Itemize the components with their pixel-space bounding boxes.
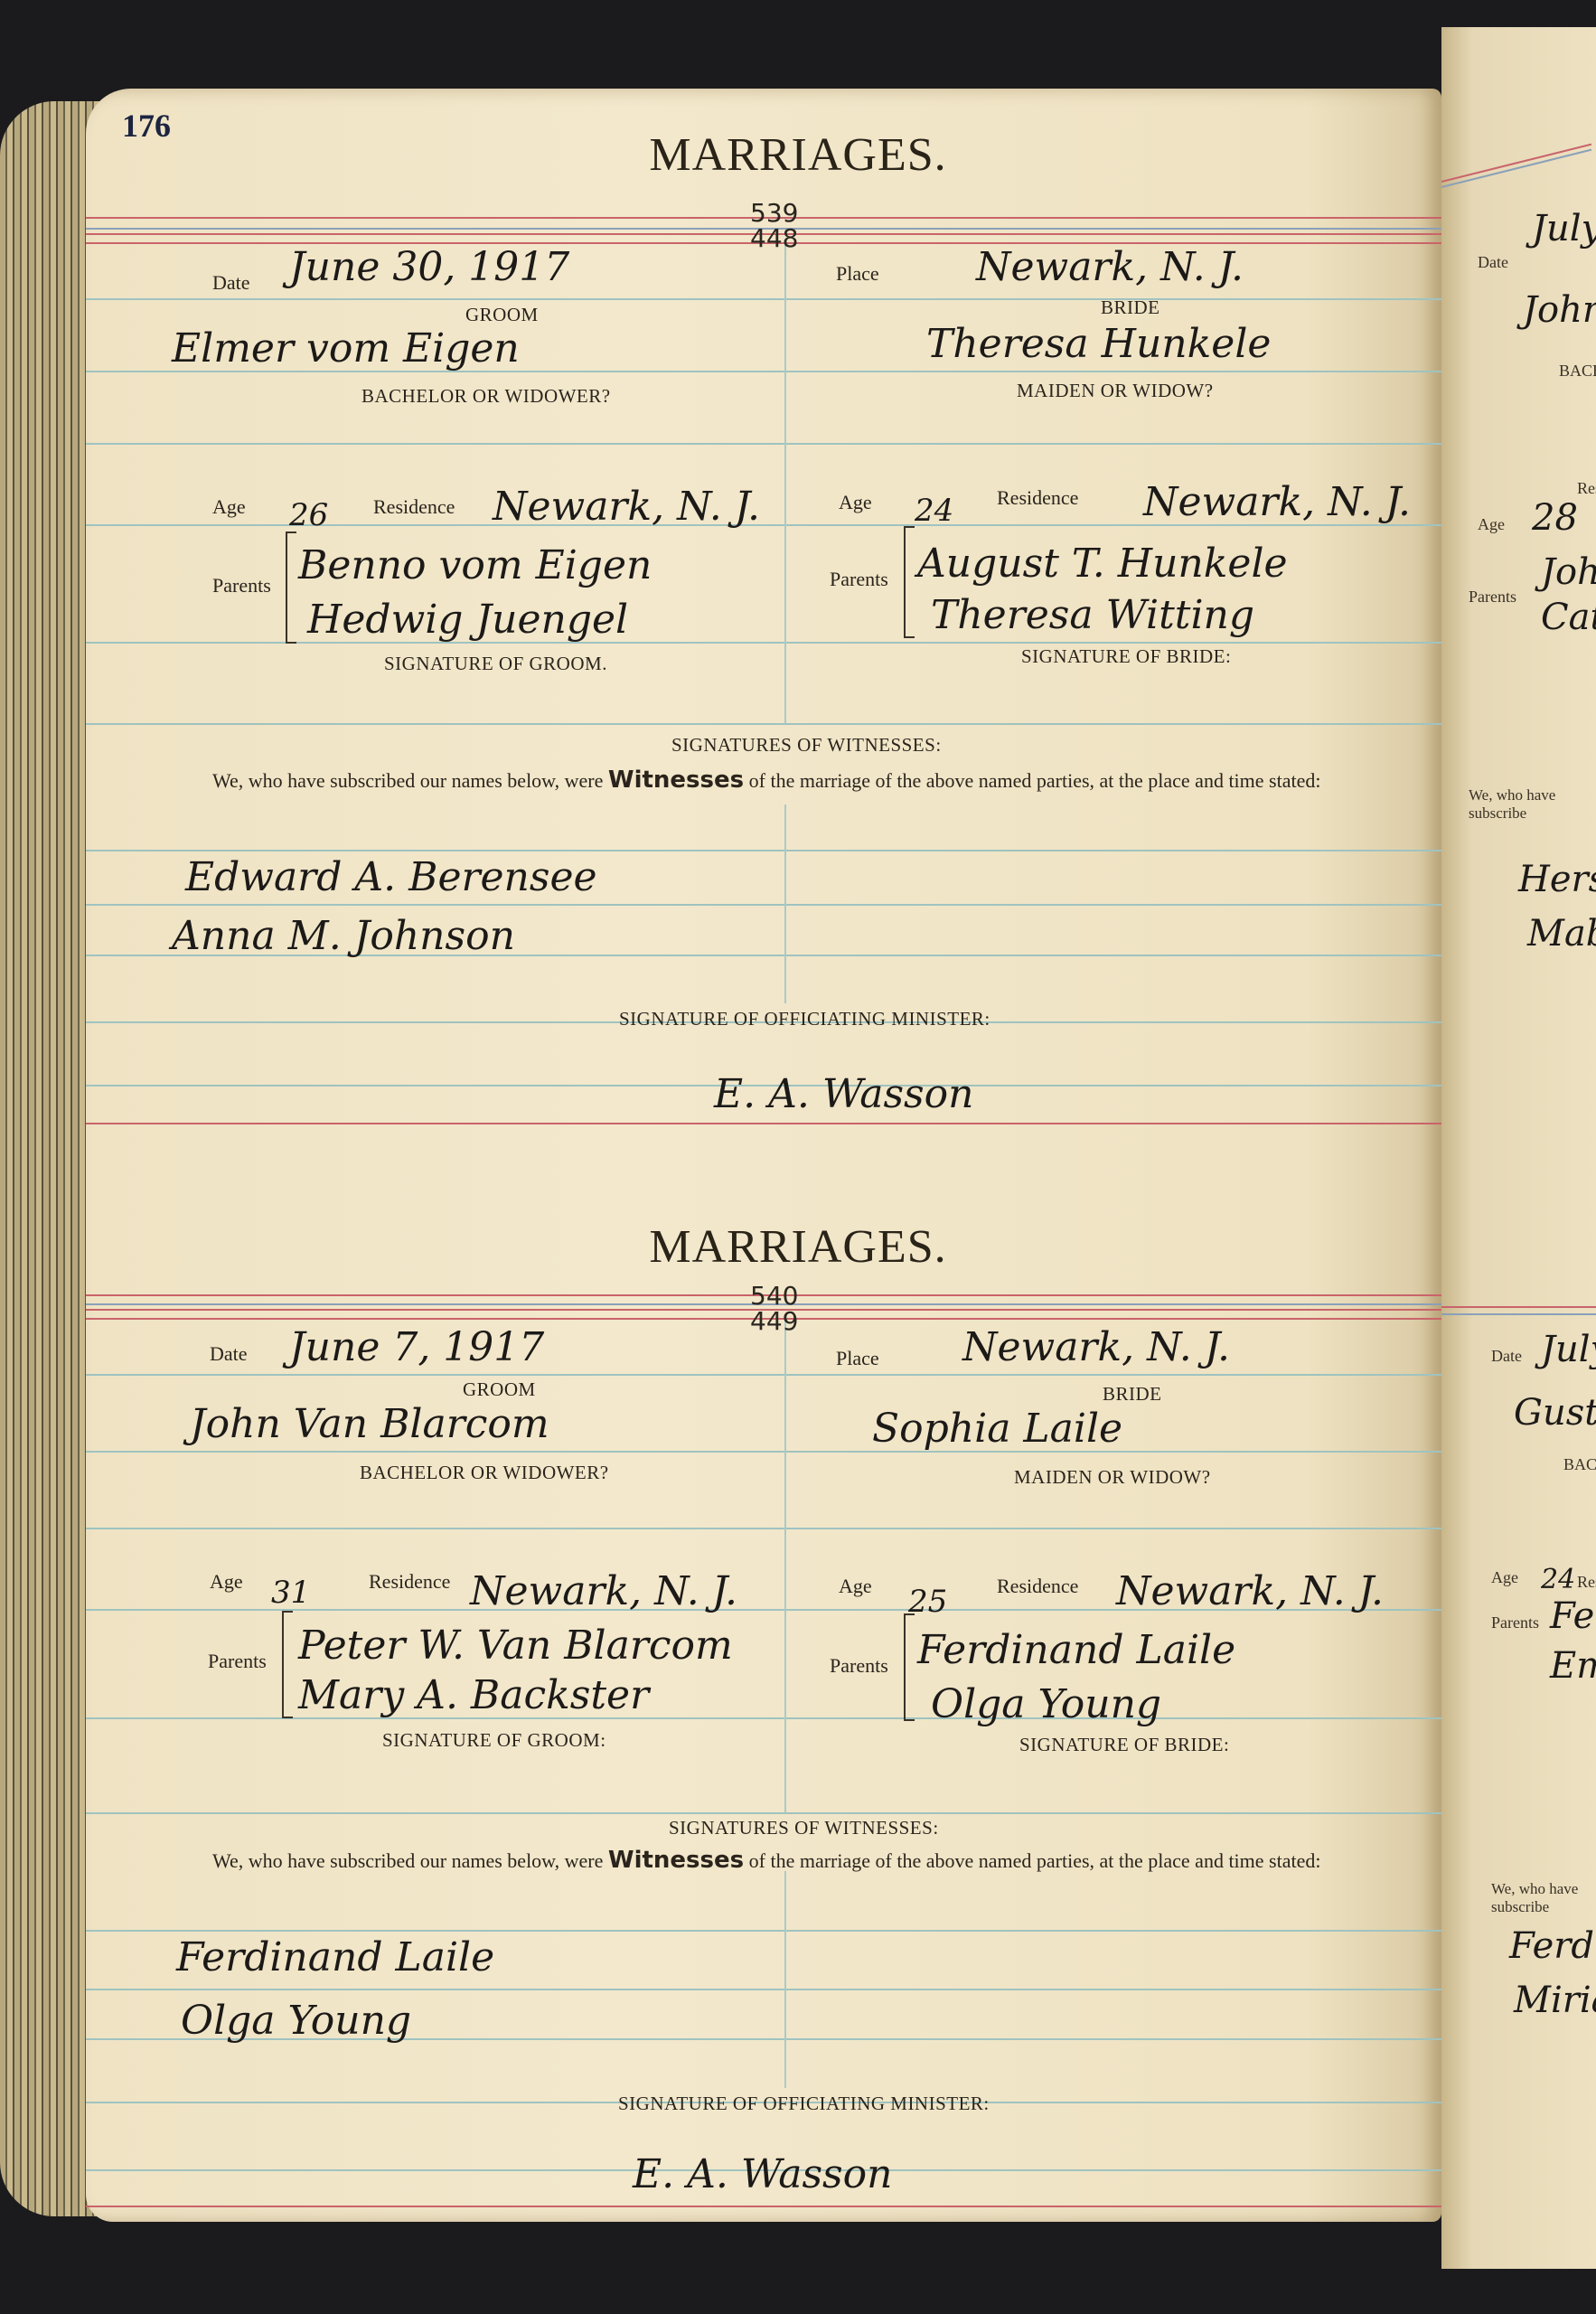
marriage-place: Newark, N. J.: [962, 1324, 1230, 1370]
facing-date-label: Date: [1478, 253, 1508, 272]
groom-residence: Newark, N. J.: [493, 484, 760, 530]
bride-mother: Theresa Witting: [931, 592, 1254, 638]
facing-parent-1a: John C: [1541, 551, 1596, 593]
facing-age-label-2: Age: [1491, 1568, 1518, 1587]
witness-1: Ferdinand Laile: [176, 1934, 494, 1980]
facing-parent-1b: Catherine: [1541, 597, 1596, 638]
groom-father: Benno vom Eigen: [298, 542, 652, 588]
facing-witness-1a: Herschel: [1518, 859, 1596, 900]
facing-witness-1b: Mabel: [1527, 913, 1596, 955]
witness-statement: We, who have subscribed our names below,…: [212, 767, 1320, 794]
signature-of-minister-label: SIGNATURE OF OFFICIATING MINISTER:: [619, 1008, 990, 1030]
marriage-date: June 7, 1917: [289, 1324, 544, 1370]
bride-mother: Olga Young: [931, 1681, 1161, 1727]
bride-age-label: Age: [839, 1575, 872, 1598]
groom-residence-label: Residence: [373, 495, 455, 519]
witness-2: Olga Young: [181, 1998, 411, 2044]
bride-parents-label: Parents: [830, 1654, 888, 1678]
bride-label: BRIDE: [1101, 296, 1160, 319]
witness-1: Edward A. Berensee: [185, 854, 597, 900]
register-page: [86, 89, 1441, 2222]
place-label: Place: [836, 1347, 879, 1370]
maiden-or-widow-label: MAIDEN OR WIDOW?: [1017, 380, 1214, 402]
bride-residence: Newark, N. J.: [1116, 1568, 1384, 1614]
bride-residence-label: Residence: [997, 486, 1078, 510]
facing-parents-label-2: Parents: [1491, 1613, 1539, 1632]
groom-mother: Hedwig Juengel: [307, 597, 628, 643]
marriage-place: Newark, N. J.: [976, 244, 1244, 290]
groom-mother: Mary A. Backster: [298, 1672, 649, 1718]
signature-of-minister-label: SIGNATURE OF OFFICIATING MINISTER:: [618, 2093, 990, 2115]
facing-page: Date July 26, John C. BACH Resi Age 28 P…: [1441, 27, 1596, 2269]
facing-groom-1: John C.: [1523, 289, 1596, 331]
witness-statement: We, who have subscribed our names below,…: [212, 1847, 1320, 1874]
register-ref-number: 539448: [750, 201, 798, 251]
bride-age: 24: [915, 493, 953, 529]
facing-age-2: 24: [1541, 1564, 1575, 1595]
place-label: Place: [836, 262, 879, 286]
signature-of-bride-label: SIGNATURE OF BRIDE:: [1019, 1734, 1229, 1756]
bride-residence-label: Residence: [997, 1575, 1078, 1598]
bride-parents-label: Parents: [830, 568, 888, 591]
bachelor-or-widower-label: BACHELOR OR WIDOWER?: [361, 385, 611, 408]
groom-residence: Newark, N. J.: [470, 1568, 737, 1614]
witness-2: Anna M. Johnson: [172, 913, 515, 959]
date-label: Date: [212, 271, 250, 295]
minister-signature: E. A. Wasson: [714, 1071, 973, 1117]
bride-residence: Newark, N. J.: [1143, 479, 1411, 525]
signature-of-bride-label: SIGNATURE OF BRIDE:: [1021, 645, 1231, 668]
groom-age-label: Age: [210, 1570, 243, 1594]
bachelor-or-widower-label: BACHELOR OR WIDOWER?: [360, 1462, 609, 1484]
facing-date-2: July 30: [1541, 1329, 1596, 1370]
facing-witness-text-2: We, who have subscribe: [1491, 1880, 1596, 1916]
bride-name: Theresa Hunkele: [926, 321, 1271, 367]
groom-father: Peter W. Van Blarcom: [298, 1623, 733, 1669]
date-label: Date: [210, 1342, 248, 1366]
facing-groom-2: Gustave: [1514, 1392, 1596, 1434]
signature-of-groom-label: SIGNATURE OF GROOM:: [382, 1729, 606, 1752]
facing-partial-4: Resid: [1577, 1573, 1596, 1592]
facing-witness-2a: Ferdinand: [1509, 1925, 1596, 1967]
section-title: MARRIAGES.: [0, 128, 1596, 182]
facing-witness-2b: Miriam: [1514, 1980, 1596, 2021]
facing-partial-2: Resi: [1577, 479, 1596, 498]
signatures-of-witnesses-label: SIGNATURES OF WITNESSES:: [669, 1817, 939, 1839]
groom-parents-label: Parents: [212, 574, 271, 597]
facing-date-1: July 26,: [1532, 208, 1596, 249]
groom-age: 31: [271, 1575, 310, 1611]
bride-age-label: Age: [839, 491, 872, 514]
groom-age: 26: [289, 497, 328, 533]
groom-age-label: Age: [212, 495, 246, 519]
facing-parent-2a: Ferdin: [1550, 1595, 1596, 1637]
facing-age-label: Age: [1478, 515, 1505, 534]
facing-parents-label: Parents: [1469, 588, 1516, 607]
facing-partial-1: BACH: [1559, 362, 1596, 381]
facing-age-1: 28: [1532, 497, 1578, 539]
minister-signature: E. A. Wasson: [633, 2151, 892, 2197]
groom-label: GROOM: [463, 1378, 536, 1401]
maiden-or-widow-label: MAIDEN OR WIDOW?: [1014, 1466, 1211, 1489]
bride-name: Sophia Laile: [872, 1406, 1122, 1452]
groom-name: Elmer vom Eigen: [172, 325, 520, 372]
register-ref-number: 540449: [750, 1284, 798, 1334]
groom-parents-label: Parents: [208, 1650, 267, 1673]
groom-residence-label: Residence: [369, 1570, 450, 1594]
facing-parent-2b: Emma: [1550, 1645, 1596, 1687]
groom-name: John Van Blarcom: [190, 1401, 549, 1447]
groom-label: GROOM: [465, 304, 539, 326]
marriage-date: June 30, 1917: [289, 244, 569, 290]
bride-father: August T. Hunkele: [917, 541, 1288, 587]
facing-witness-text-1: We, who have subscribe: [1469, 786, 1596, 823]
signatures-of-witnesses-label: SIGNATURES OF WITNESSES:: [671, 734, 942, 757]
bride-label: BRIDE: [1103, 1383, 1162, 1406]
bride-father: Ferdinand Laile: [917, 1627, 1235, 1673]
facing-partial-3: BACHE: [1563, 1455, 1596, 1474]
section-title: MARRIAGES.: [0, 1220, 1596, 1274]
signature-of-groom-label: SIGNATURE OF GROOM.: [384, 653, 607, 675]
facing-date-label-2: Date: [1491, 1347, 1522, 1366]
